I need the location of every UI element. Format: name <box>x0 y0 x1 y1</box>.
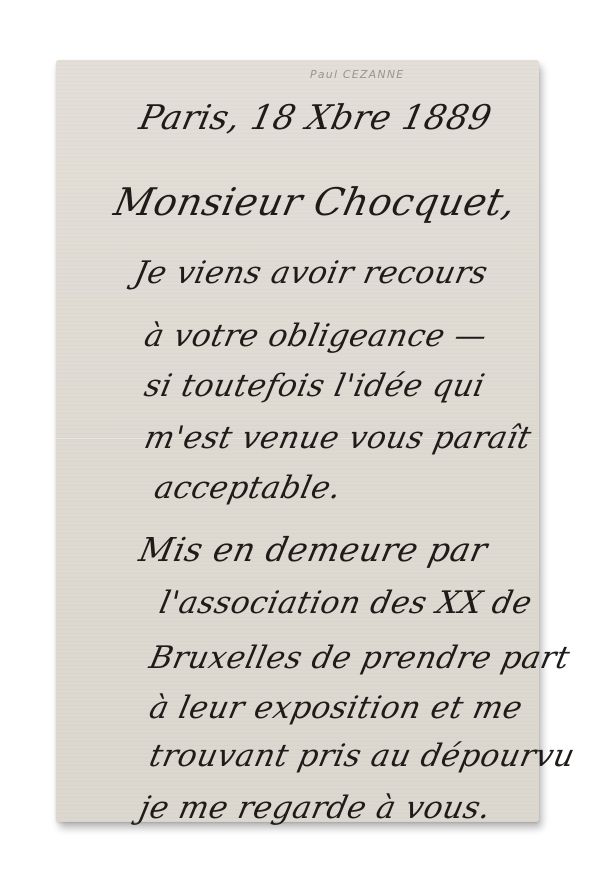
body-line: à votre obligeance — <box>141 318 490 354</box>
body-line: à leur exposition et me <box>146 690 526 726</box>
body-line: je me regarde à vous. <box>136 790 494 826</box>
pencil-annotation: Paul CEZANNE <box>310 68 404 81</box>
body-line: Mis en demeure par <box>136 530 491 569</box>
salutation: Monsieur Chocquet, <box>110 180 520 224</box>
body-line: si toutefois l'idée qui <box>141 368 488 404</box>
body-line: m'est venue vous paraît <box>141 420 535 456</box>
body-line: acceptable. <box>151 470 344 506</box>
body-line: Je viens avoir recours <box>131 255 491 291</box>
body-line: trouvant pris au dépourvu <box>146 738 578 774</box>
body-line: Bruxelles de prendre part <box>146 640 573 676</box>
dateline: Paris, 18 Xbre 1889 <box>136 98 496 138</box>
body-line: l'association des XX de <box>156 585 535 621</box>
